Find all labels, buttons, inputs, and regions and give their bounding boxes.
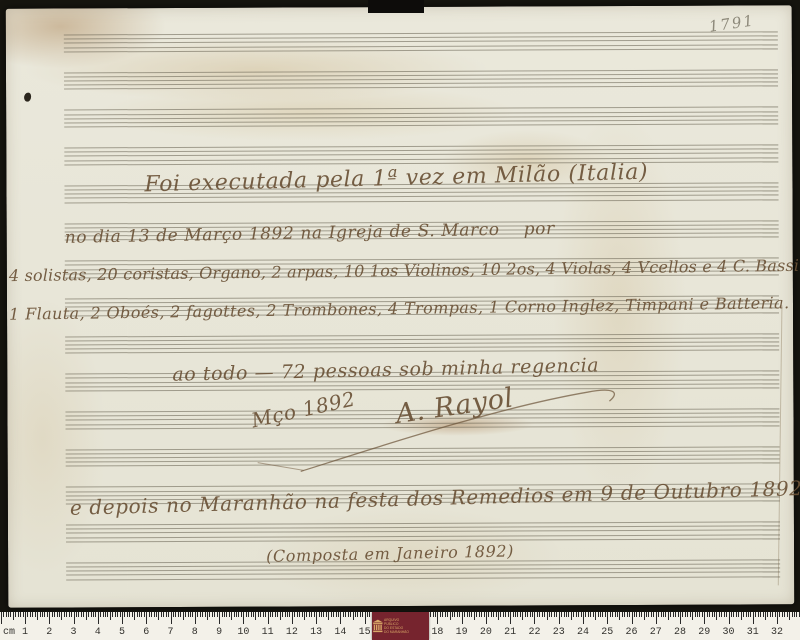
- ruler-label: 3: [66, 627, 82, 638]
- ruler-label: 1: [17, 627, 33, 638]
- ruler-label: 14: [332, 627, 348, 638]
- background-notch: [368, 0, 424, 13]
- ruler-label: 4: [90, 627, 106, 638]
- ruler-label: 11: [260, 627, 276, 638]
- stamp-line: DO MARANHÃO: [384, 631, 409, 633]
- ruler-label: 6: [138, 627, 154, 638]
- stamp-line: DO ESTADO: [384, 627, 409, 629]
- ruler-label: 19: [454, 627, 470, 638]
- ruler-label: 27: [648, 627, 664, 638]
- ruler-label: 21: [502, 627, 518, 638]
- stamp-line: PÚBLICO: [384, 623, 409, 625]
- ruler-label: 23: [551, 627, 567, 638]
- ruler-label: 15: [357, 627, 373, 638]
- manuscript-page: 1791 Foi executada pela 1ª vez em Milão …: [6, 5, 795, 607]
- ruler-label: 26: [624, 627, 640, 638]
- ruler-label: 7: [163, 627, 179, 638]
- ruler-label: 28: [672, 627, 688, 638]
- archive-building-icon: [372, 614, 384, 638]
- ruler-label: 10: [235, 627, 251, 638]
- ruler-label: 2: [41, 627, 57, 638]
- ruler-label: 18: [429, 627, 445, 638]
- ruler-label: 32: [769, 627, 785, 638]
- archive-stamp-text: ARQUIVO PÚBLICO DO ESTADO DO MARANHÃO: [384, 618, 429, 634]
- ruler-label: 12: [284, 627, 300, 638]
- ruler-label: 8: [187, 627, 203, 638]
- stamp-line: ARQUIVO: [384, 619, 409, 621]
- ruler-label: 30: [721, 627, 737, 638]
- ruler-label: 25: [599, 627, 615, 638]
- scanned-manuscript-view: 1791 Foi executada pela 1ª vez em Milão …: [0, 0, 800, 640]
- ruler-label: 20: [478, 627, 494, 638]
- ruler-label: 31: [745, 627, 761, 638]
- ruler-unit-label: cm: [3, 627, 15, 638]
- ruler-label: 24: [575, 627, 591, 638]
- ruler-label: 9: [211, 627, 227, 638]
- ruler-label: 29: [696, 627, 712, 638]
- ruler-label: 22: [526, 627, 542, 638]
- ruler-label: 13: [308, 627, 324, 638]
- archive-stamp: ARQUIVO PÚBLICO DO ESTADO DO MARANHÃO: [372, 612, 429, 640]
- ruler-label: 5: [114, 627, 130, 638]
